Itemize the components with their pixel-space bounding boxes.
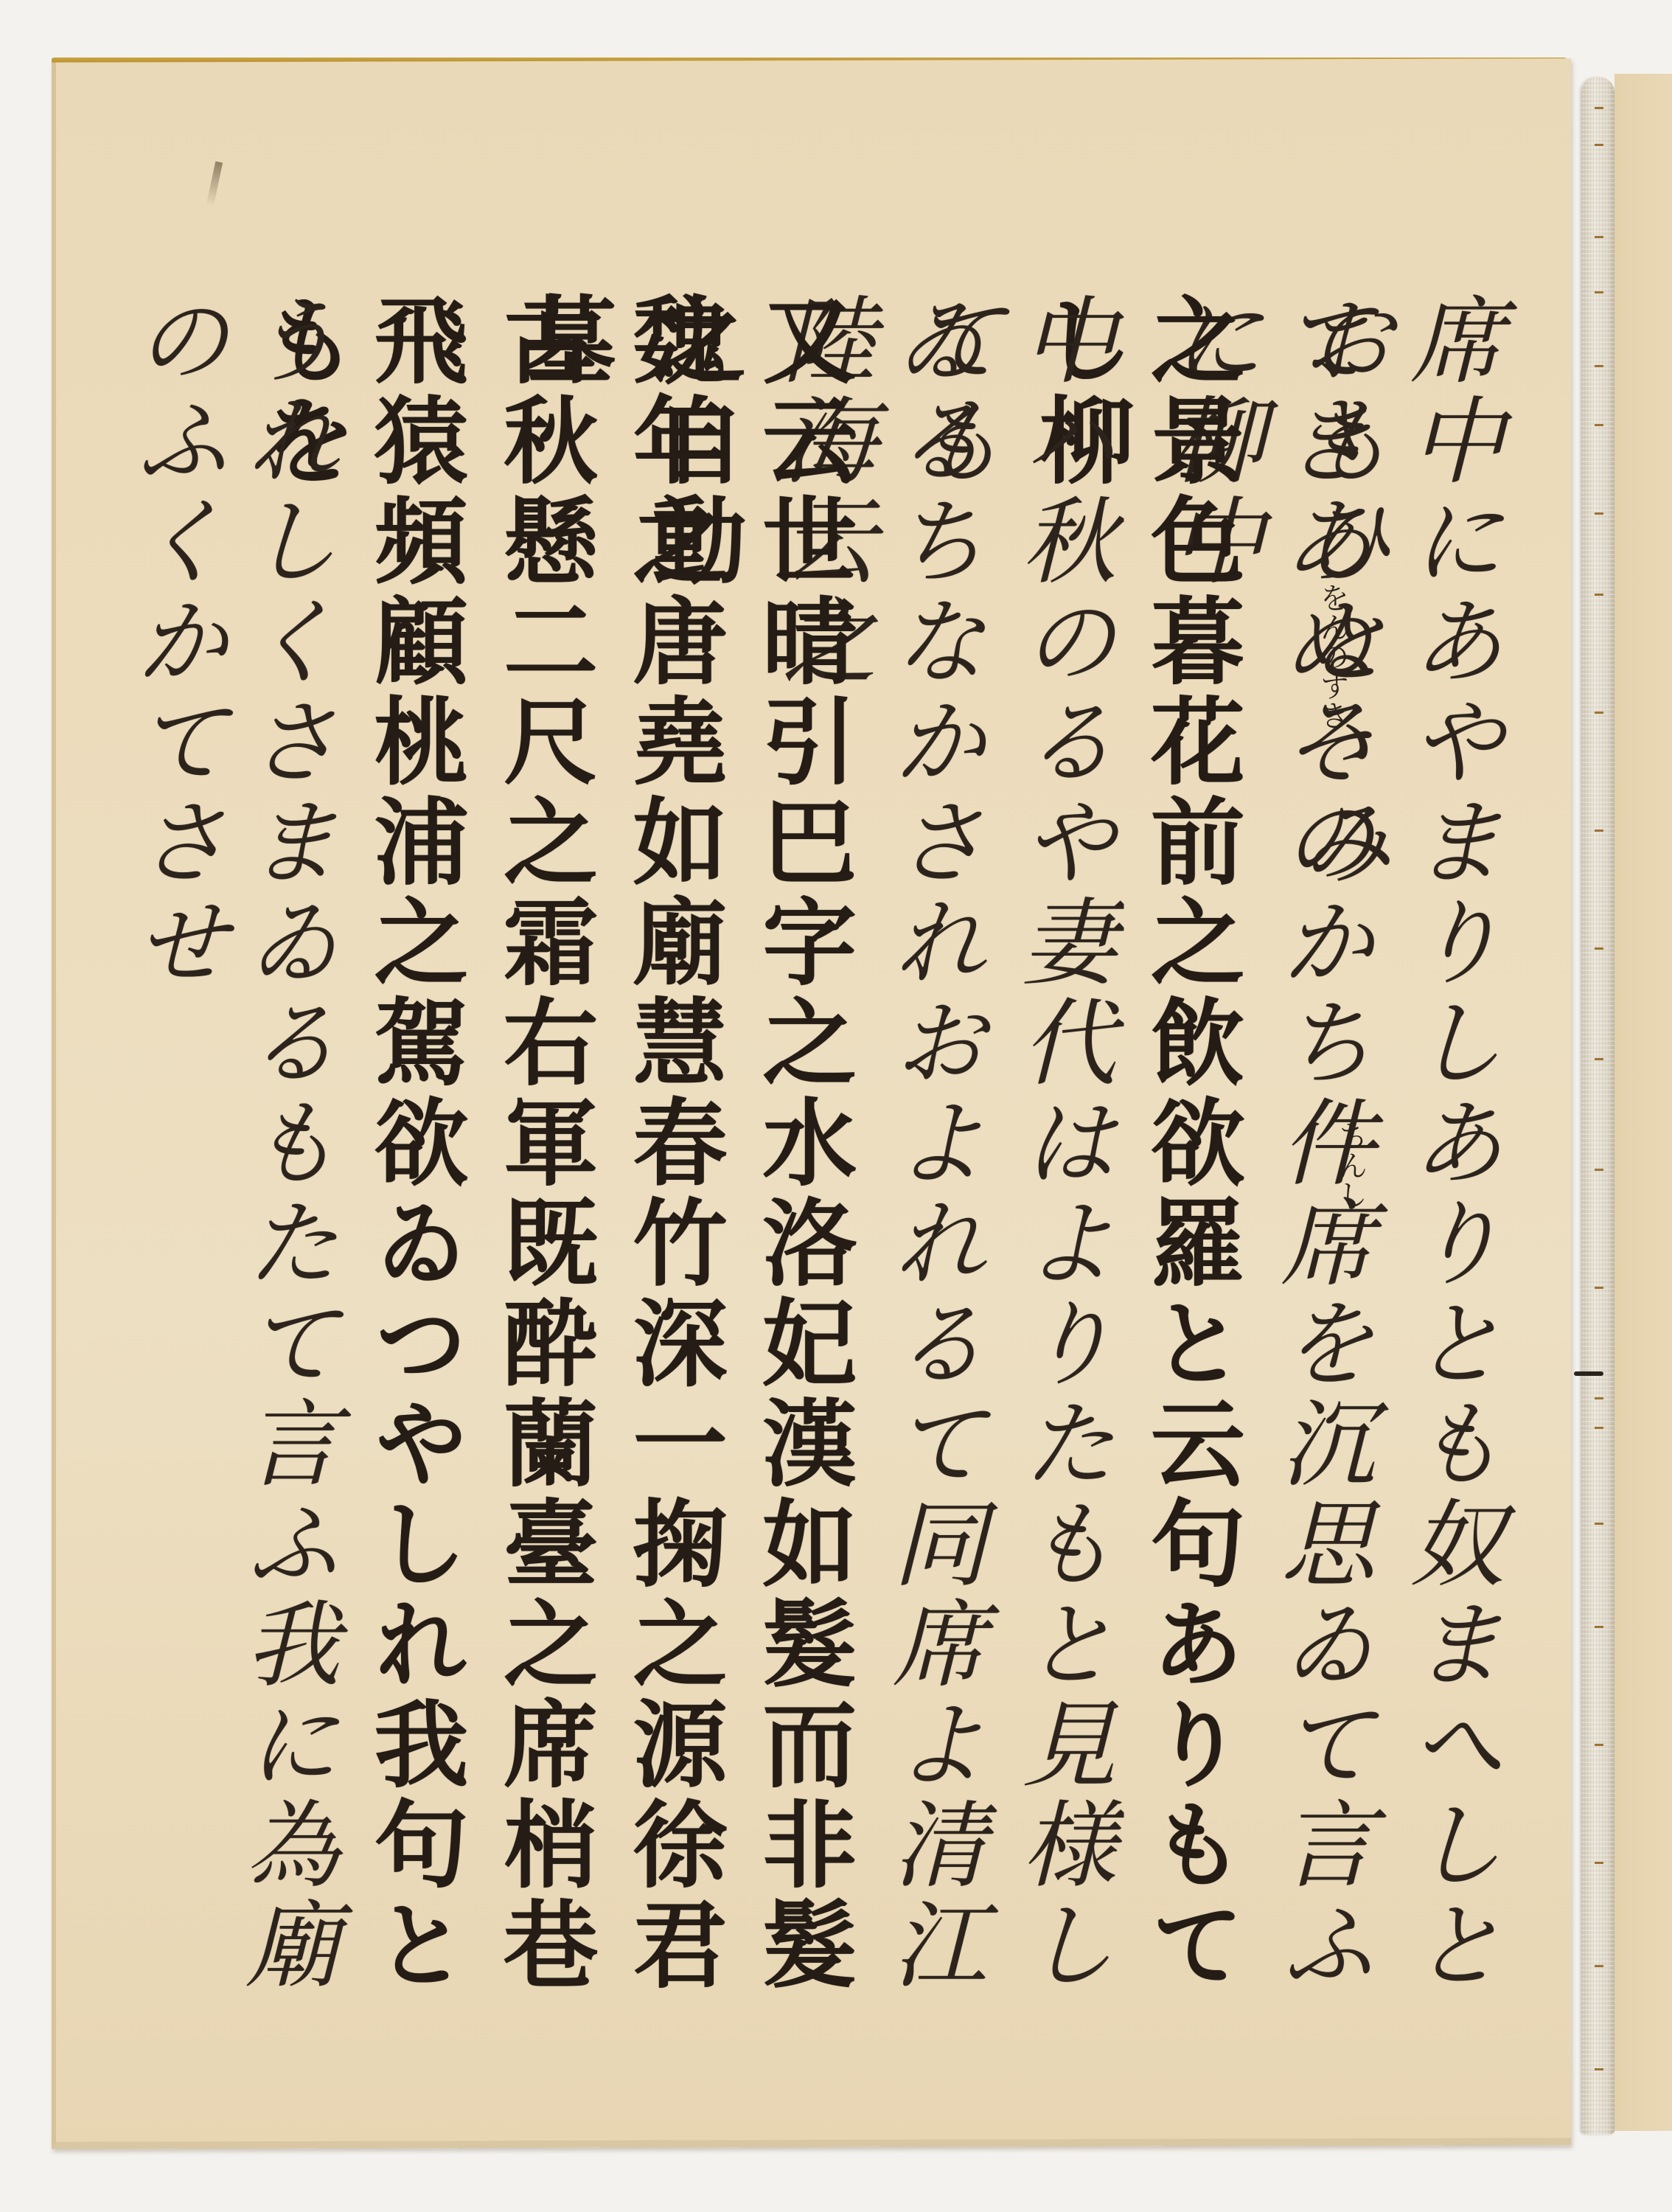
text-column-9: 飛猿頻顧桃浦之駕欲ゐつやしれ我句ともを (358, 291, 469, 2046)
text-column-5: ゐるちなかされおよれるて同席よ清江陸海云之 (876, 291, 986, 2046)
text-column-8: 古秋懸二尺之霜右軍既酔蘭臺之席梢巷 (487, 291, 598, 2046)
text-column-3: 之景色暮花前之飲欲羅と云句ありもてし柳 (1135, 291, 1245, 2046)
ink-stain (206, 161, 223, 206)
text-column-4: 中ハ秋のるや妻代はよりたもと見様しても (1005, 291, 1115, 2046)
book-spine (1581, 77, 1614, 2135)
text-columns: 席中にあやまりしありとも奴まへしとおもひとゝみ てきあぬそのかち件席を沉思ゐて言… (229, 291, 1504, 2046)
text-column-10: うれしくさまゐるもたて言ふ我に為廟のふくかてさせ (229, 291, 339, 2046)
facing-page-edge (1614, 74, 1672, 2131)
text-column-1: 席中にあやまりしありとも奴まへしとおもひとゝみ (1393, 291, 1504, 2046)
binding-knot (1574, 1371, 1603, 1376)
text-column-6: 又云世晴引巴字之水洛妃漢如髮而非髮之自動 (746, 291, 857, 2046)
furigana-gloss-1: をんのすき (1316, 582, 1348, 730)
furigana-gloss-2: ちんし (1334, 1121, 1367, 1209)
text-column-7: 魏年之唐堯如廟慧春竹深一掬之源徐君墓 (617, 291, 728, 2046)
